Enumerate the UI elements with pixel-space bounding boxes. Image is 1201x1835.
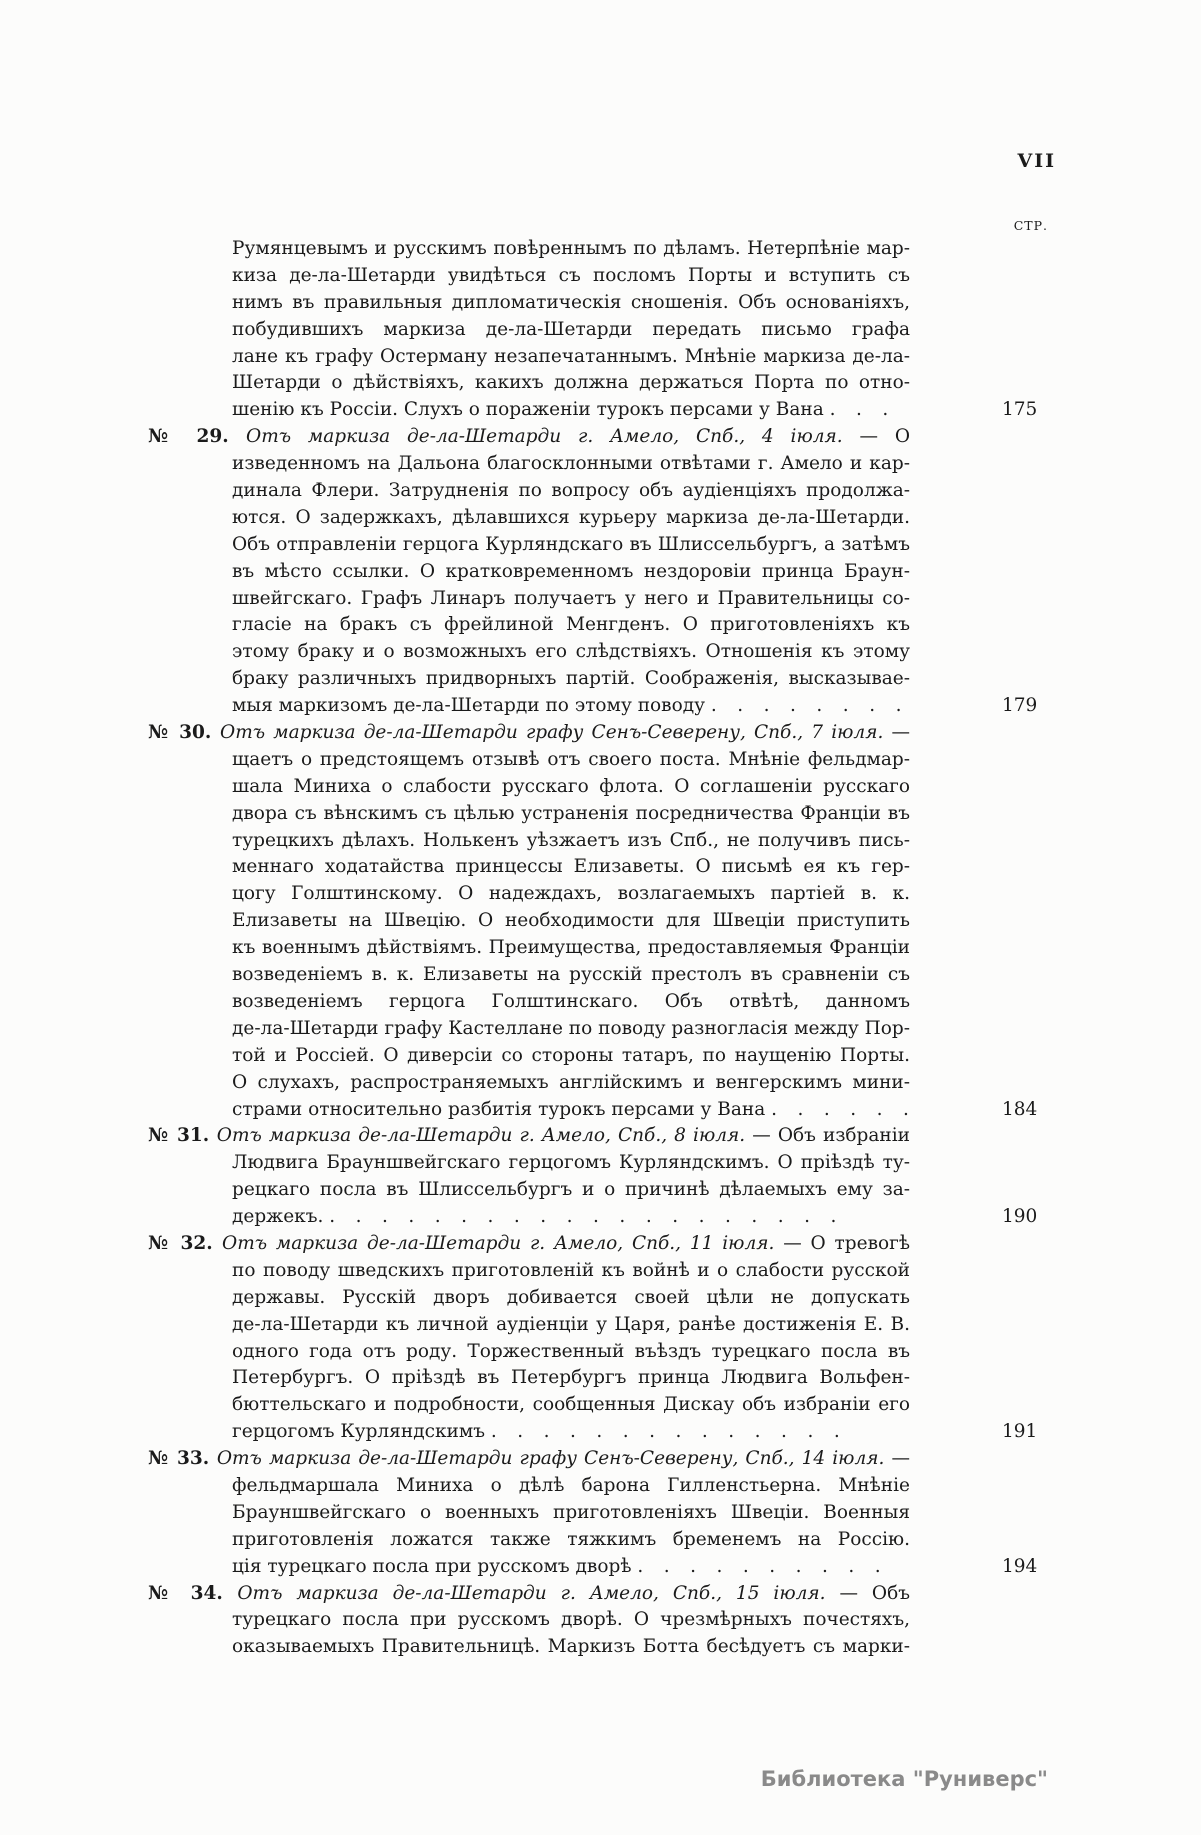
page-number: 175	[1002, 397, 1062, 424]
toc-line: возведеніемъ в. к. Елизаветы на русскій …	[232, 962, 910, 989]
toc-line: рецкаго посла въ Шлиссельбургъ и о причи…	[232, 1177, 910, 1204]
toc-line: № 31. Отъ маркиза де-ла-Шетарди г. Амело…	[148, 1123, 910, 1150]
toc-line: № 33. Отъ маркиза де-ла-Шетарди графу Се…	[148, 1446, 910, 1473]
entry-head-italic: Отъ маркиза де-ла-Шетарди графу Сенъ-Сев…	[217, 1448, 885, 1469]
entry-head-italic: Отъ маркиза де-ла-Шетарди г. Амело, Спб.…	[246, 426, 843, 447]
page-number: 184	[1002, 1097, 1062, 1124]
page-number: 179	[1002, 693, 1062, 720]
toc-line: двора съ вѣнскимъ съ цѣлью устраненія по…	[232, 801, 910, 828]
dot-leader: . . . . . .	[771, 1099, 910, 1120]
toc-line: приготовленія ложатся также тяжкимъ брем…	[232, 1527, 910, 1554]
toc-line: турецкихъ дѣлахъ. Нолькенъ уѣзжаетъ изъ …	[232, 828, 910, 855]
toc-line: той и Россіей. О диверсіи со стороны тат…	[232, 1043, 910, 1070]
toc-line: по поводу шведскихъ приготовленій къ вой…	[232, 1258, 910, 1285]
toc-line: де-ла-Шетарди графу Кастеллане по поводу…	[232, 1016, 910, 1043]
toc-line: Людвига Брауншвейгскаго герцогомъ Курлян…	[232, 1150, 910, 1177]
toc-line: фельдмаршала Миниха о дѣлѣ барона Гиллен…	[232, 1473, 910, 1500]
scanned-book-page: VII СТР. Румянцевымъ и русскимъ повѣренн…	[0, 0, 1201, 1835]
entry-number: № 29.	[148, 426, 246, 447]
library-watermark: Библиотека "Руниверс"	[761, 1767, 1048, 1791]
page-column-header: СТР.	[1014, 218, 1048, 233]
entry-head-italic: Отъ маркиза де-ла-Шетарди г. Амело, Спб.…	[217, 1125, 745, 1146]
toc-line: № 30. Отъ маркиза де-ла-Шетарди графу Се…	[148, 720, 910, 747]
toc-line: изведенномъ на Дальона благосклонными от…	[232, 451, 910, 478]
toc: Румянцевымъ и русскимъ повѣреннымъ по дѣ…	[148, 236, 910, 1661]
toc-line: бюттельскаго и подробности, сообщенныя Д…	[232, 1392, 910, 1419]
dot-leader: . . . . . . . . . .	[637, 1556, 881, 1577]
dot-leader: . . .	[830, 399, 890, 420]
page-number: 194	[1002, 1554, 1062, 1581]
toc-line: динала Флери. Затрудненія по вопросу объ…	[232, 478, 910, 505]
toc-line: возведеніемъ герцога Голштинскаго. Объ о…	[232, 989, 910, 1016]
toc-line: этому браку и о возможныхъ его слѣдствія…	[232, 639, 910, 666]
toc-entry: № 34. Отъ маркиза де-ла-Шетарди г. Амело…	[148, 1581, 910, 1662]
toc-line: въ мѣсто ссылки. О кратковременномъ незд…	[232, 559, 910, 586]
toc-tail-line: держекъ. . . . . . . . . . . . . . . . .…	[232, 1204, 910, 1231]
toc-line: щаетъ о предстоящемъ отзывѣ отъ своего п…	[232, 747, 910, 774]
toc-entry: № 30. Отъ маркиза де-ла-Шетарди графу Се…	[148, 720, 910, 1123]
toc-line: цогу Голштинскому. О надеждахъ, возлагае…	[232, 881, 910, 908]
toc-tail-text: страми относительно разбитія турокъ перс…	[232, 1099, 771, 1120]
toc-line: киза де-ла-Шетарди увидѣться съ посломъ …	[232, 263, 910, 290]
entry-number: № 34.	[148, 1583, 237, 1604]
toc-line: побудившихъ маркиза де-ла-Шетарди переда…	[232, 317, 910, 344]
toc-line: меннаго ходатайства принцессы Елизаветы.…	[232, 854, 910, 881]
toc-line: оказываемыхъ Правительницѣ. Маркизъ Ботт…	[232, 1634, 910, 1661]
toc-line: шала Миниха о слабости русскаго флота. О…	[232, 774, 910, 801]
toc-tail-line: шенію къ Россіи. Слухъ о пораженіи турок…	[232, 397, 910, 424]
entry-head-italic: Отъ маркиза де-ла-Шетарди г. Амело, Спб.…	[222, 1233, 774, 1254]
toc-tail-text: держекъ.	[232, 1206, 329, 1227]
toc-tail-text: ція турецкаго посла при русскомъ дворѣ	[232, 1556, 637, 1577]
toc-line: державы. Русскій дворъ добивается своей …	[232, 1285, 910, 1312]
dot-leader: . . . . . . . .	[711, 695, 903, 716]
toc-line: нимъ въ правильныя дипломатическія сноше…	[232, 290, 910, 317]
toc-tail-text: мыя маркизомъ де-ла-Шетарди по этому пов…	[232, 695, 711, 716]
dot-leader: . . . . . . . . . . . . . .	[491, 1421, 841, 1442]
entry-number: № 31.	[148, 1125, 217, 1146]
toc-line: Объ отправленіи герцога Курляндскаго въ …	[232, 532, 910, 559]
toc-line: Елизаветы на Швецію. О необходимости для…	[232, 908, 910, 935]
toc-line: къ военнымъ дѣйствіямъ. Преимущества, пр…	[232, 935, 910, 962]
toc-line: лане къ графу Остерману незапечатаннымъ.…	[232, 344, 910, 371]
entry-head-italic: Отъ маркиза де-ла-Шетарди г. Амело, Спб.…	[237, 1583, 825, 1604]
entry-number: № 32.	[148, 1233, 222, 1254]
toc-line: турецкаго посла при русскомъ дворѣ. О чр…	[232, 1607, 910, 1634]
toc-tail-text: шенію къ Россіи. Слухъ о пораженіи турок…	[232, 399, 830, 420]
toc-line: Румянцевымъ и русскимъ повѣреннымъ по дѣ…	[232, 236, 910, 263]
toc-entry: № 29. Отъ маркиза де-ла-Шетарди г. Амело…	[148, 424, 910, 720]
toc-line: № 32. Отъ маркиза де-ла-Шетарди г. Амело…	[148, 1231, 910, 1258]
toc-line: Шетарди о дѣйствіяхъ, какихъ должна держ…	[232, 370, 910, 397]
entry-number: № 33.	[148, 1448, 217, 1469]
toc-tail-line: страми относительно разбитія турокъ перс…	[232, 1097, 910, 1124]
toc-line: де-ла-Шетарди къ личной аудіенціи у Царя…	[232, 1312, 910, 1339]
toc-entry: № 32. Отъ маркиза де-ла-Шетарди г. Амело…	[148, 1231, 910, 1446]
page-folio-number: VII	[1017, 150, 1056, 172]
toc-line: швейгскаго. Графъ Линаръ получаетъ у нег…	[232, 586, 910, 613]
toc-tail-line: герцогомъ Курляндскимъ . . . . . . . . .…	[232, 1419, 910, 1446]
toc-line: Брауншвейгскаго о военныхъ приготовленія…	[232, 1500, 910, 1527]
toc-tail-text: герцогомъ Курляндскимъ	[232, 1421, 491, 1442]
toc-line: № 34. Отъ маркиза де-ла-Шетарди г. Амело…	[148, 1581, 910, 1608]
page-number: 191	[1002, 1419, 1062, 1446]
toc-line: одного года отъ роду. Торжественный въѣз…	[232, 1339, 910, 1366]
toc-line: Петербургъ. О пріѣздѣ въ Петербургъ прин…	[232, 1365, 910, 1392]
toc-line: браку различныхъ придворныхъ партій. Соо…	[232, 666, 910, 693]
toc-entry: № 33. Отъ маркиза де-ла-Шетарди графу Се…	[148, 1446, 910, 1580]
toc-line: ются. О задержкахъ, дѣлавшихся курьеру м…	[232, 505, 910, 532]
entry-head-italic: Отъ маркиза де-ла-Шетарди графу Сенъ-Сев…	[220, 722, 883, 743]
toc-line: № 29. Отъ маркиза де-ла-Шетарди г. Амело…	[148, 424, 910, 451]
dot-leader: . . . . . . . . . . . . . . . . . . . .	[329, 1206, 837, 1227]
toc-tail-line: мыя маркизомъ де-ла-Шетарди по этому пов…	[232, 693, 910, 720]
toc-line: О слухахъ, распространяемыхъ англійскимъ…	[232, 1070, 910, 1097]
toc-line: гласіе на бракъ съ фрейлиной Менгденъ. О…	[232, 612, 910, 639]
toc-entry: № 31. Отъ маркиза де-ла-Шетарди г. Амело…	[148, 1123, 910, 1231]
toc-tail-line: ція турецкаго посла при русскомъ дворѣ .…	[232, 1554, 910, 1581]
entry-number: № 30.	[148, 722, 220, 743]
toc-entry: Румянцевымъ и русскимъ повѣреннымъ по дѣ…	[148, 236, 910, 424]
page-number: 190	[1002, 1204, 1062, 1231]
